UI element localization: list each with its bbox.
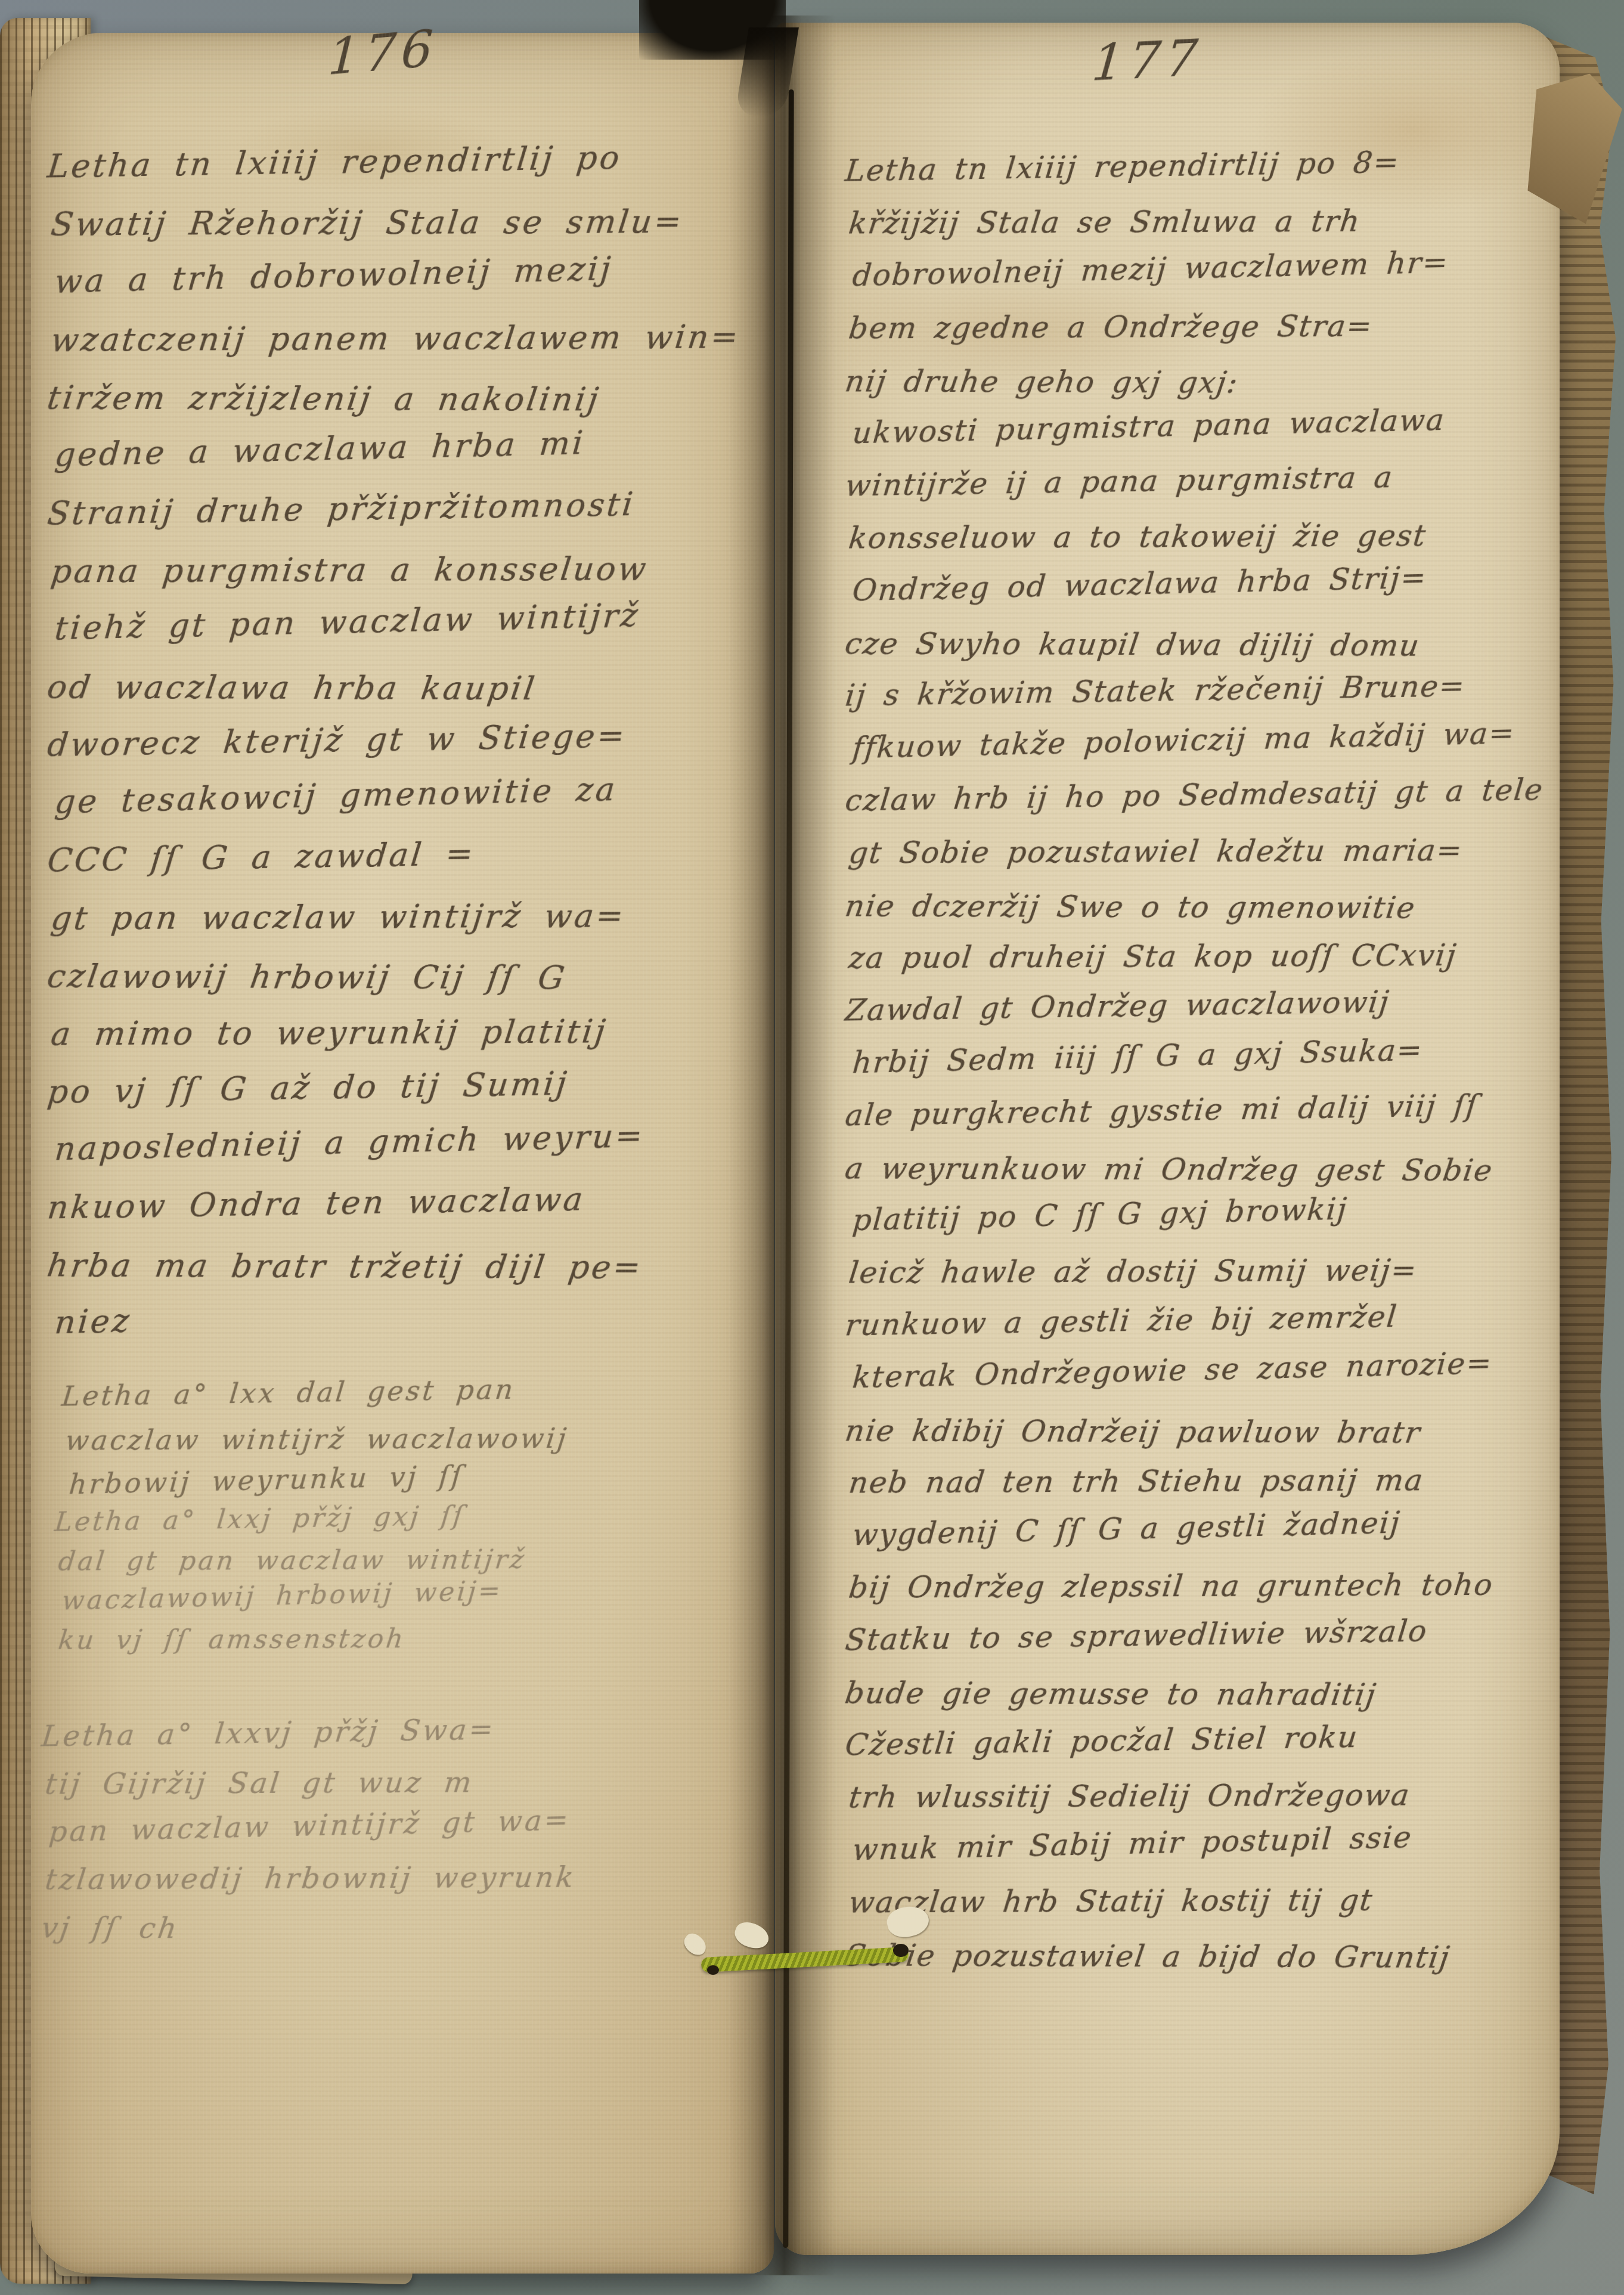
handwriting-line: CCC ſſ G a zawdal = (45, 820, 778, 889)
handwriting-line: ale purgkrecht gysstie mi dalij viij ſſ (842, 1078, 1575, 1142)
handwriting-line: Sobie pozustawiel a bijd do Gruntij (842, 1929, 1577, 1984)
paragraph: Letha a° lxxvj přžj Swa=tij Gijržij Sal … (42, 1713, 769, 1952)
handwriting-line: nie dczeržij Swe o to gmenowitie (842, 879, 1577, 934)
handwriting-line: vj ſſ ch (38, 1904, 773, 1954)
sewing-hole (707, 1965, 719, 1975)
handwriting-line: Letha tn lxiiij rependirtlij po (45, 126, 778, 195)
handwriting-line: gt Sobie pozustawiel kdežtu maria= (846, 824, 1579, 879)
handwriting-line: czlaw hrb ij ho po Sedmdesatij gt a tele (842, 763, 1575, 827)
paragraph: Letha tn lxiiij rependirtlij poSwatij Rž… (48, 137, 775, 1352)
handwriting-line: Letha tn lxiiij rependirtlij po 8= (842, 134, 1575, 197)
handwriting-line: waczlaw hrb Statij kostij tij gt (846, 1873, 1579, 1929)
handwriting-line: Cžestli gakli pocžal Stiel roku (842, 1708, 1575, 1771)
paragraph: Letha tn lxiiij rependirtlij po 8=křžijž… (845, 145, 1573, 1981)
handwriting-line: tzlawowedij hrbownij weyrunk (42, 1853, 775, 1904)
paragraph: Letha a° lxx dal gest panwaczlaw wintijr… (62, 1374, 789, 1507)
sewing-hole (893, 1944, 909, 1957)
handwriting-line: Letha a° lxxvj přžj Swa= (39, 1702, 771, 1761)
handwriting-line: wintijrže ij a pana purgmistra a (842, 448, 1575, 512)
handwriting-line: wzatczenij panem waczlawem win= (48, 308, 782, 368)
page-number-left: 176 (327, 18, 439, 87)
left-page: 176 Letha tn lxiiij rependirtlij poSwati… (31, 33, 774, 2274)
page-number-right: 177 (1090, 28, 1205, 92)
manuscript-scan: 176 Letha tn lxiiij rependirtlij poSwati… (0, 0, 1624, 2295)
handwriting-line: Letha a° lxx dal gest pan (60, 1363, 792, 1418)
handwriting-line: Statku to se sprawedliwie wšrzalo (842, 1603, 1575, 1667)
paragraph: Letha a° lxxj přžj gxj ſſdal gt pan wacz… (55, 1503, 782, 1661)
handwriting-line: ku vj ſſ amssenstzoh (56, 1618, 788, 1661)
handwriting-line: nie kdibij Ondržeij pawluow bratr (842, 1404, 1577, 1459)
handwriting-line: czlawowij hrbowij Cij ſſ G (44, 947, 779, 1007)
handwriting-line: Stranij druhe přžipržitomnosti (45, 473, 778, 542)
handwriting-line: bem zgedne a Ondržege Stra= (846, 299, 1579, 355)
handwriting-line: nkuow Ondra ten waczlawa (45, 1167, 778, 1236)
handwriting-line: gt pan waczlaw wintijrž wa= (48, 886, 782, 947)
